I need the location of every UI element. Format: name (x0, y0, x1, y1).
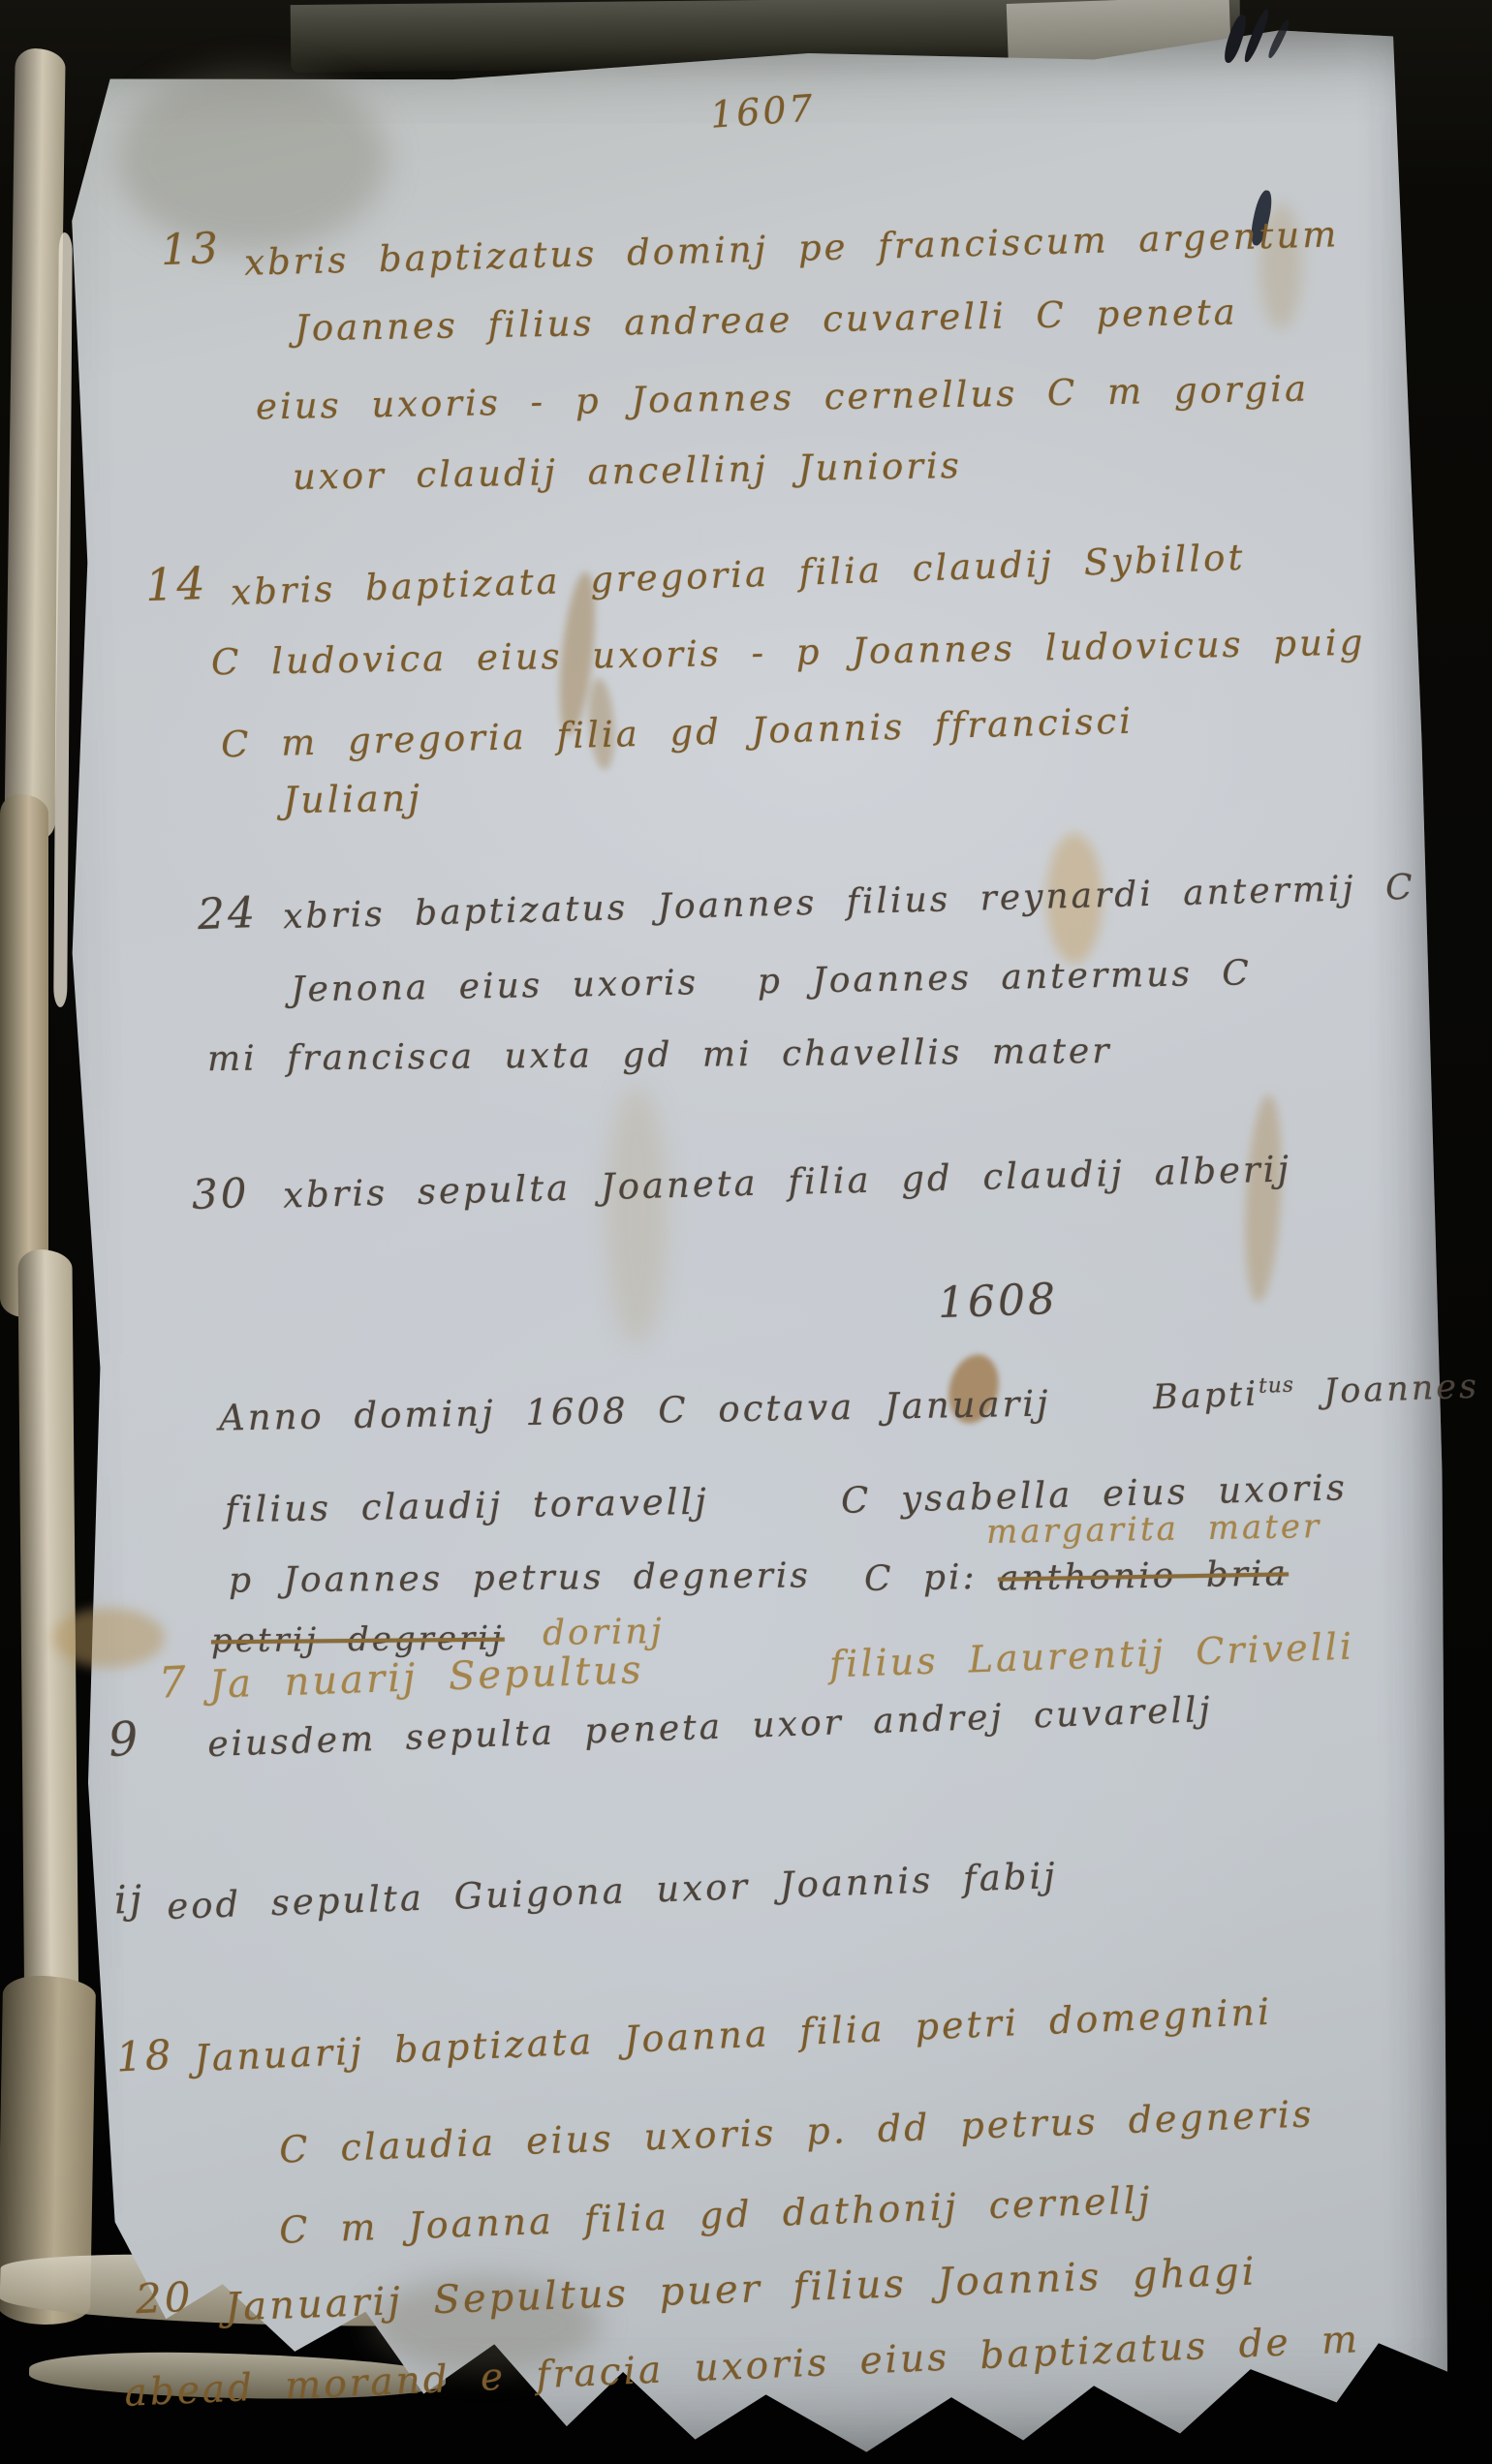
torn-page-edge (17, 1249, 78, 2053)
torn-page-edge-bottom (29, 2350, 447, 2403)
torn-page-edge (0, 794, 48, 1317)
manuscript-scan: 1607 13 xbris baptizatus dominj pe franc… (0, 0, 1492, 2464)
manuscript-page (24, 9, 1480, 2464)
